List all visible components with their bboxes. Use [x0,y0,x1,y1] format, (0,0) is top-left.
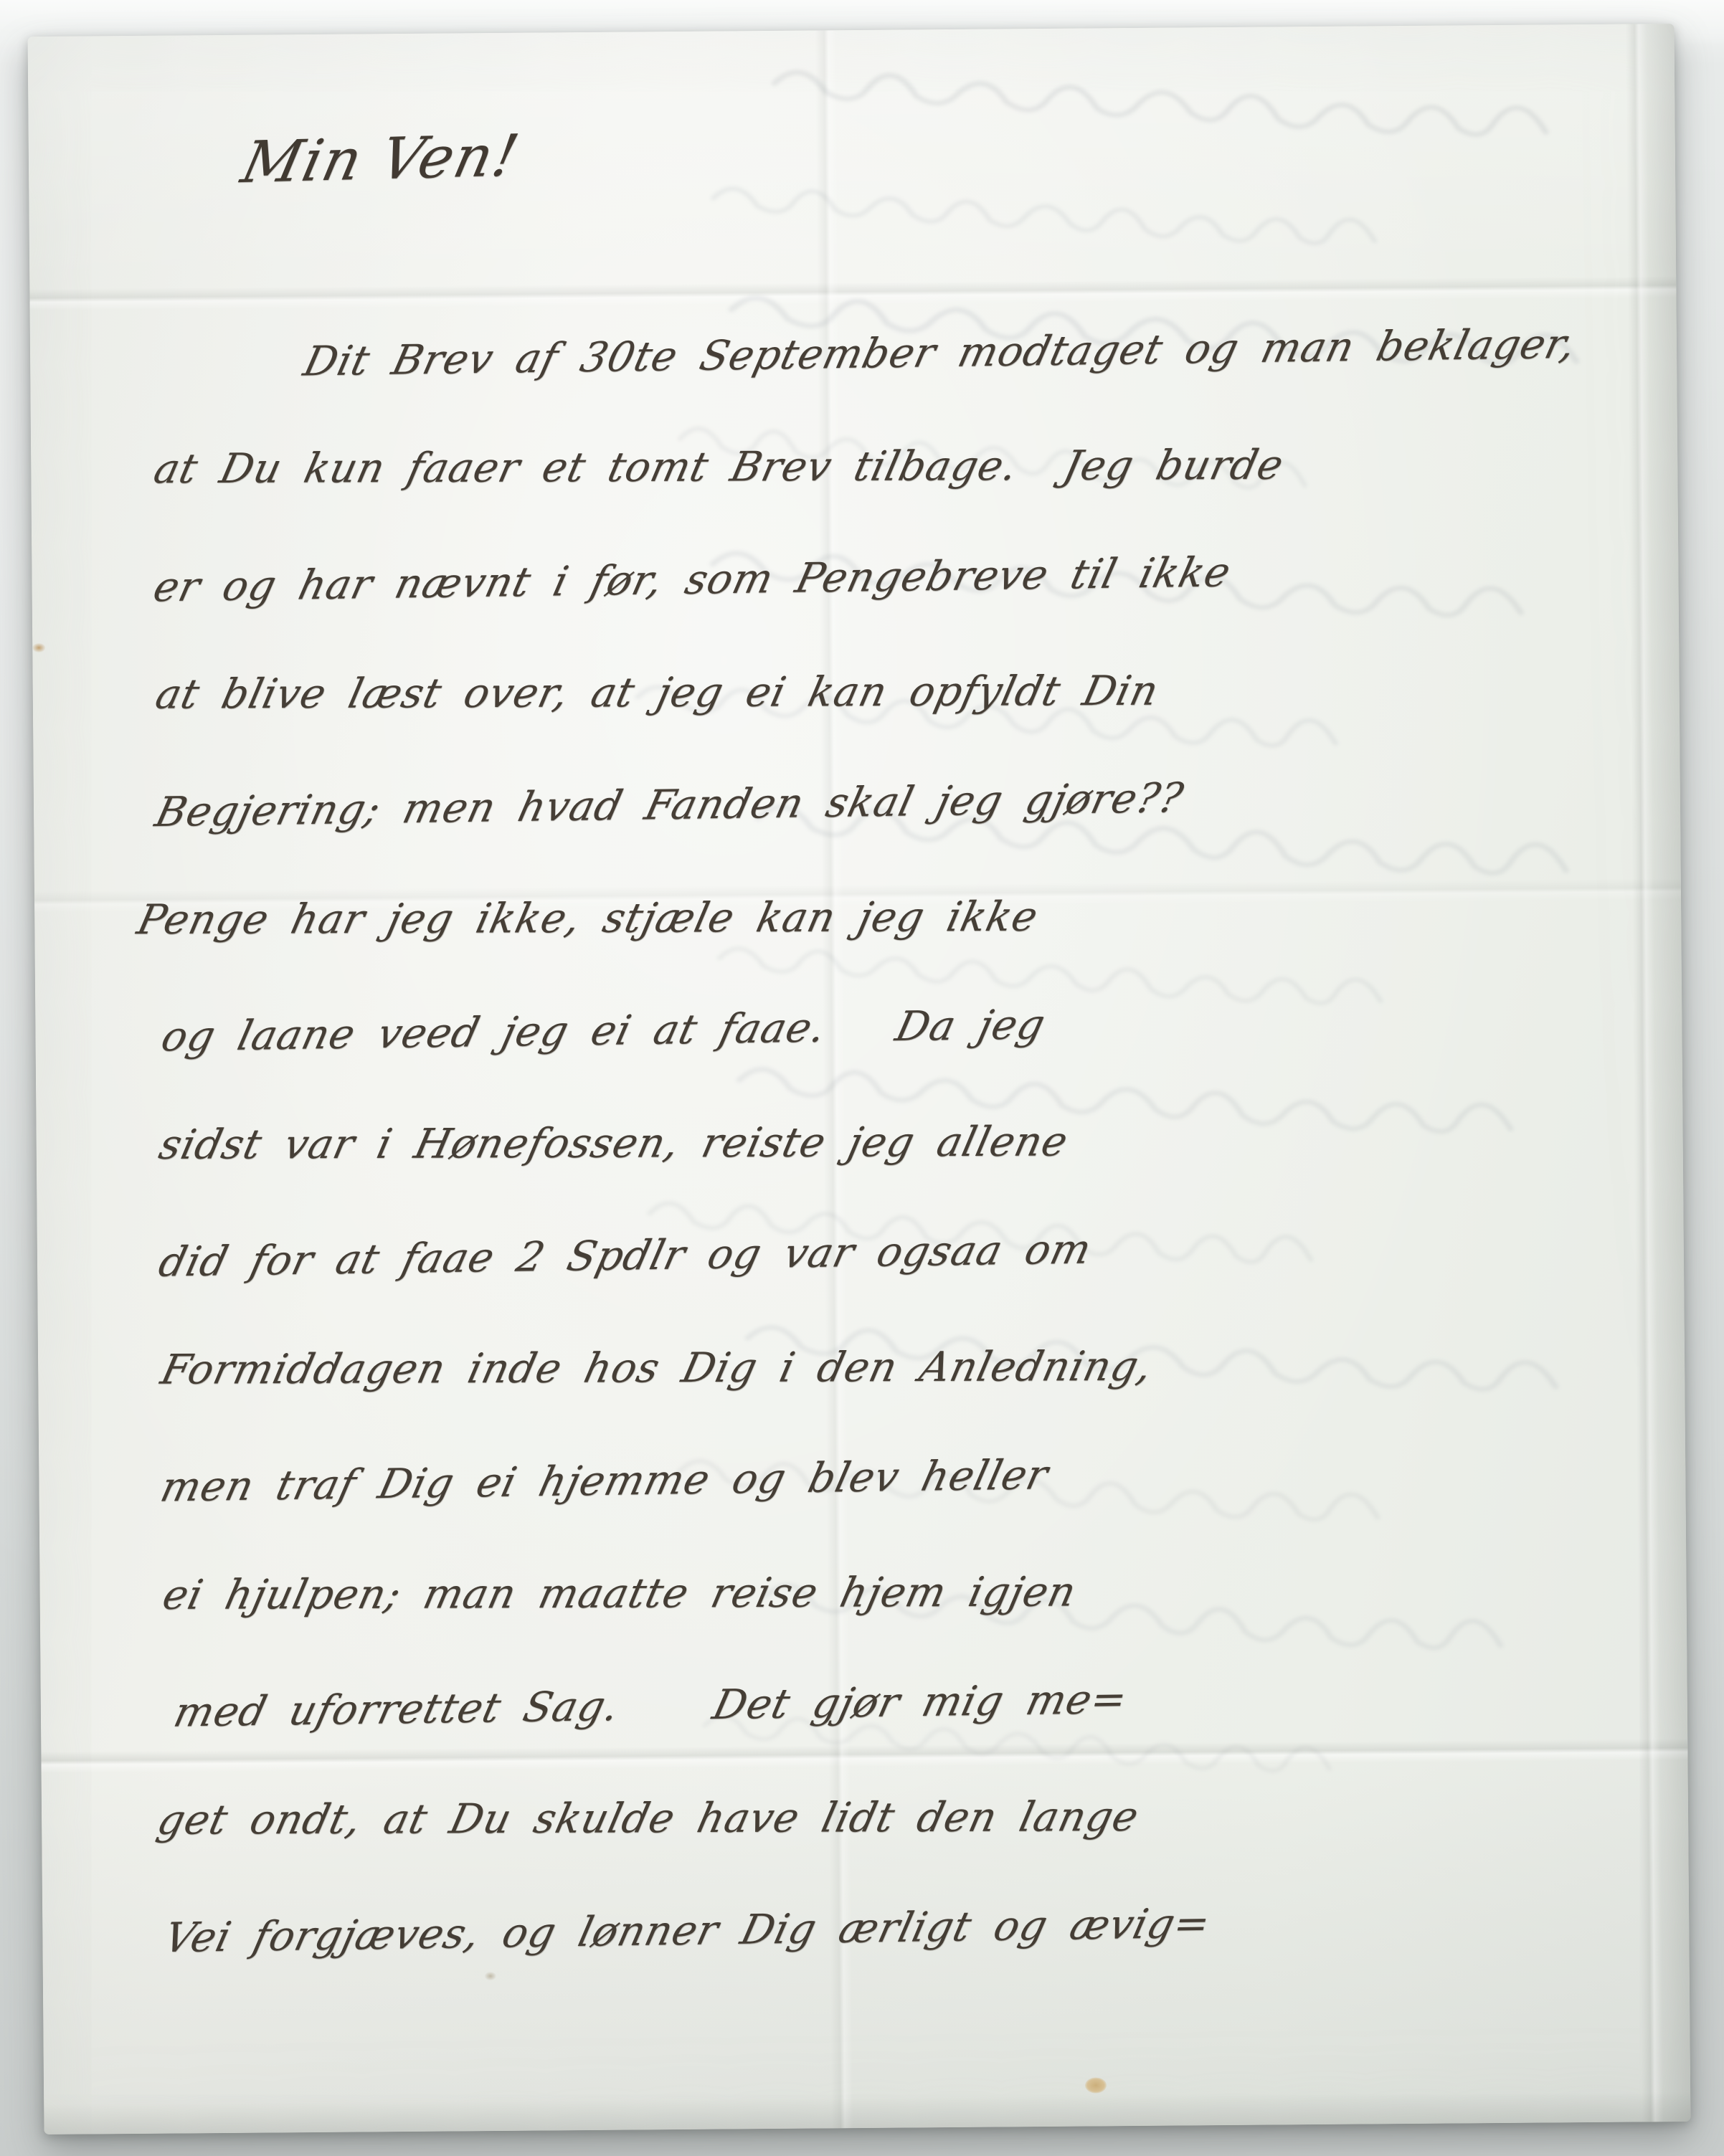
letter-line: at Du kun faaer et tomt Brev tilbage. Je… [154,404,1611,528]
letter-line: og laane veed jeg ei at faae. Da jeg [163,967,1615,1091]
letter-line: med uforrettet Sag. Det gjør mig me= [175,1642,1620,1766]
letter-line: Penge har jeg ikke, stjæle kan jeg ikke [138,854,1614,978]
photo-of-letter: Min Ven! Dit Brev af 30te September modt… [0,0,1724,2156]
letter-line: at blive læst over, at jeg ei kan opfyld… [156,629,1612,753]
letter-line: Formiddagen inde hos Dig i den Anledning… [161,1304,1618,1428]
letter-line: get ondt, at Du skulde have lidt den lan… [157,1754,1621,1879]
letter-line: Vei forgjæves, og lønner Dig ærligt og æ… [166,1867,1622,1991]
letter-line: men traf Dig ei hjemme og blev heller [162,1417,1619,1541]
letter-text: Min Ven! Dit Brev af 30te September modt… [28,24,1691,2134]
letter-line: Begjering; men hvad Fanden skal jeg gjør… [156,741,1613,865]
letter-line: sidst var i Hønefossen, reiste jeg allen… [159,1079,1616,1203]
letter-line: er og har nævnt i før, som Pengebreve ti… [155,516,1611,640]
letter-body: Dit Brev af 30te September modtaget og m… [153,291,1621,1991]
letter-line: ei hjulpen; man maatte reise hjem igjen [163,1529,1619,1653]
letter-line: Dit Brev af 30te September modtaget og m… [305,291,1609,414]
letter-salutation: Min Ven! [236,122,526,196]
letter-line: did for at faae 2 Spdlr og var ogsaa om [160,1192,1616,1316]
letter-sheet: Min Ven! Dit Brev af 30te September modt… [28,24,1691,2134]
